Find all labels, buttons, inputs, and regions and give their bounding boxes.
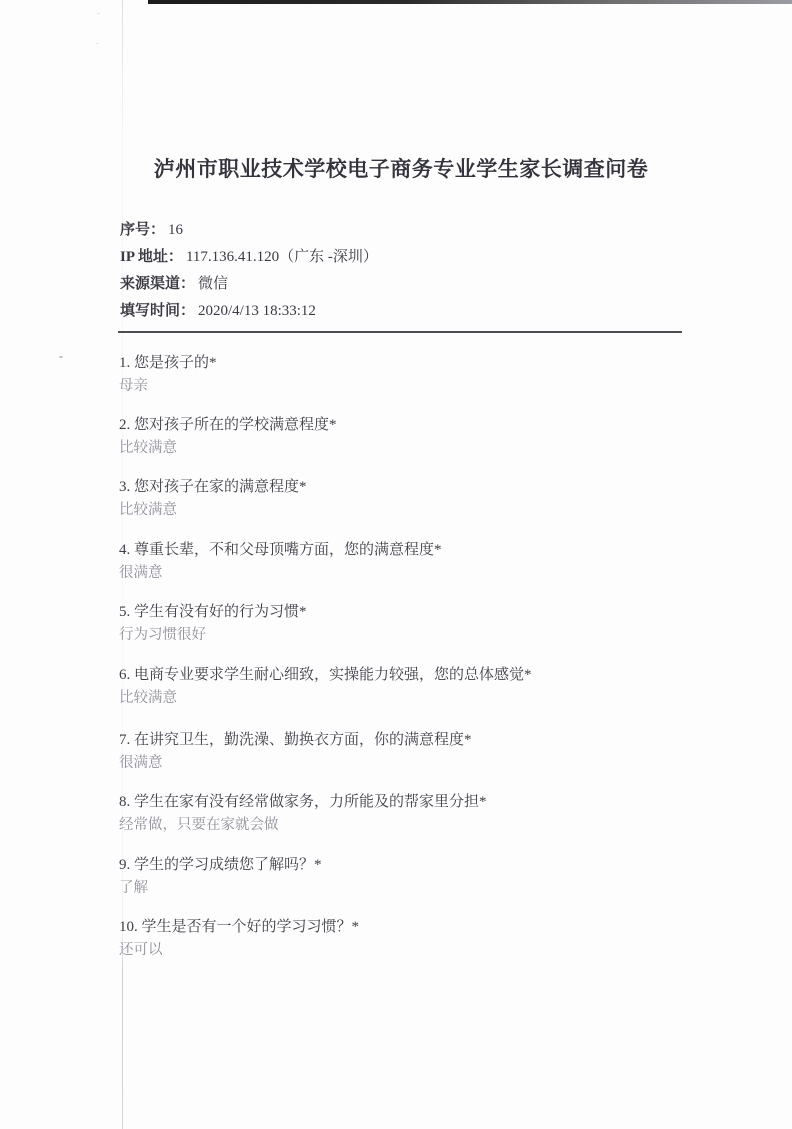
question-block: 1. 您是孩子的* 母亲 [119, 353, 719, 396]
meta-time-label: 填写时间： [120, 303, 195, 319]
answer-text: 经常做，只要在家就会做 [119, 815, 719, 835]
answer-text: 还可以 [119, 940, 719, 960]
question-text: 10. 学生是否有一个好的学习习惯？* [119, 917, 719, 937]
meta-ip-label: IP 地址： [120, 249, 183, 265]
response-metadata: 序号：16 IP 地址：117.136.41.120（广东 -深圳） 来源渠道：… [120, 217, 378, 325]
question-text: 8. 学生在家有没有经常做家务，力所能及的帮家里分担* [119, 792, 719, 812]
question-block: 4. 尊重长辈，不和父母顶嘴方面，您的满意程度* 很满意 [119, 540, 719, 583]
answer-text: 比较满意 [119, 438, 719, 458]
meta-time-row: 填写时间：2020/4/13 18:33:12 [120, 298, 378, 325]
answer-text: 很满意 [119, 753, 719, 773]
question-block: 8. 学生在家有没有经常做家务，力所能及的帮家里分担* 经常做，只要在家就会做 [119, 792, 719, 835]
meta-channel-label: 来源渠道： [120, 276, 195, 292]
question-block: 7. 在讲究卫生，勤洗澡、勤换衣方面，你的满意程度* 很满意 [119, 730, 719, 773]
meta-time-value: 2020/4/13 18:33:12 [198, 303, 316, 319]
question-block: 5. 学生有没有好的行为习惯* 行为习惯很好 [119, 602, 719, 645]
answer-text: 行为习惯很好 [119, 625, 719, 645]
question-block: 10. 学生是否有一个好的学习习惯？* 还可以 [119, 917, 719, 960]
meta-serial-value: 16 [168, 222, 183, 238]
answer-text: 很满意 [119, 563, 719, 583]
question-block: 6. 电商专业要求学生耐心细致，实操能力较强，您的总体感觉* 比较满意 [119, 665, 719, 708]
question-text: 9. 学生的学习成绩您了解吗？* [119, 855, 719, 875]
answer-text: 比较满意 [119, 500, 719, 520]
question-text: 4. 尊重长辈，不和父母顶嘴方面，您的满意程度* [119, 540, 719, 560]
scan-speck [97, 13, 100, 14]
answer-text: 母亲 [119, 376, 719, 396]
question-block: 2. 您对孩子所在的学校满意程度* 比较满意 [119, 415, 719, 458]
meta-serial-label: 序号： [120, 222, 165, 238]
page-title: 泸州市职业技术学校电子商务专业学生家长调查问卷 [120, 153, 682, 183]
question-text: 3. 您对孩子在家的满意程度* [119, 477, 719, 497]
answer-text: 比较满意 [119, 688, 719, 708]
scan-speck [59, 356, 63, 358]
question-text: 2. 您对孩子所在的学校满意程度* [119, 415, 719, 435]
section-divider [118, 331, 682, 333]
scan-edge-artifact [148, 0, 792, 4]
scan-speck [96, 43, 99, 44]
meta-channel-row: 来源渠道：微信 [120, 271, 378, 298]
meta-channel-value: 微信 [198, 276, 228, 292]
answer-text: 了解 [119, 878, 719, 898]
meta-ip-row: IP 地址：117.136.41.120（广东 -深圳） [120, 244, 378, 271]
question-text: 5. 学生有没有好的行为习惯* [119, 602, 719, 622]
question-text: 7. 在讲究卫生，勤洗澡、勤换衣方面，你的满意程度* [119, 730, 719, 750]
question-block: 3. 您对孩子在家的满意程度* 比较满意 [119, 477, 719, 520]
meta-serial-row: 序号：16 [120, 217, 378, 244]
question-text: 6. 电商专业要求学生耐心细致，实操能力较强，您的总体感觉* [119, 665, 719, 685]
question-text: 1. 您是孩子的* [119, 353, 719, 373]
meta-ip-value: 117.136.41.120（广东 -深圳） [186, 249, 378, 265]
question-block: 9. 学生的学习成绩您了解吗？* 了解 [119, 855, 719, 898]
